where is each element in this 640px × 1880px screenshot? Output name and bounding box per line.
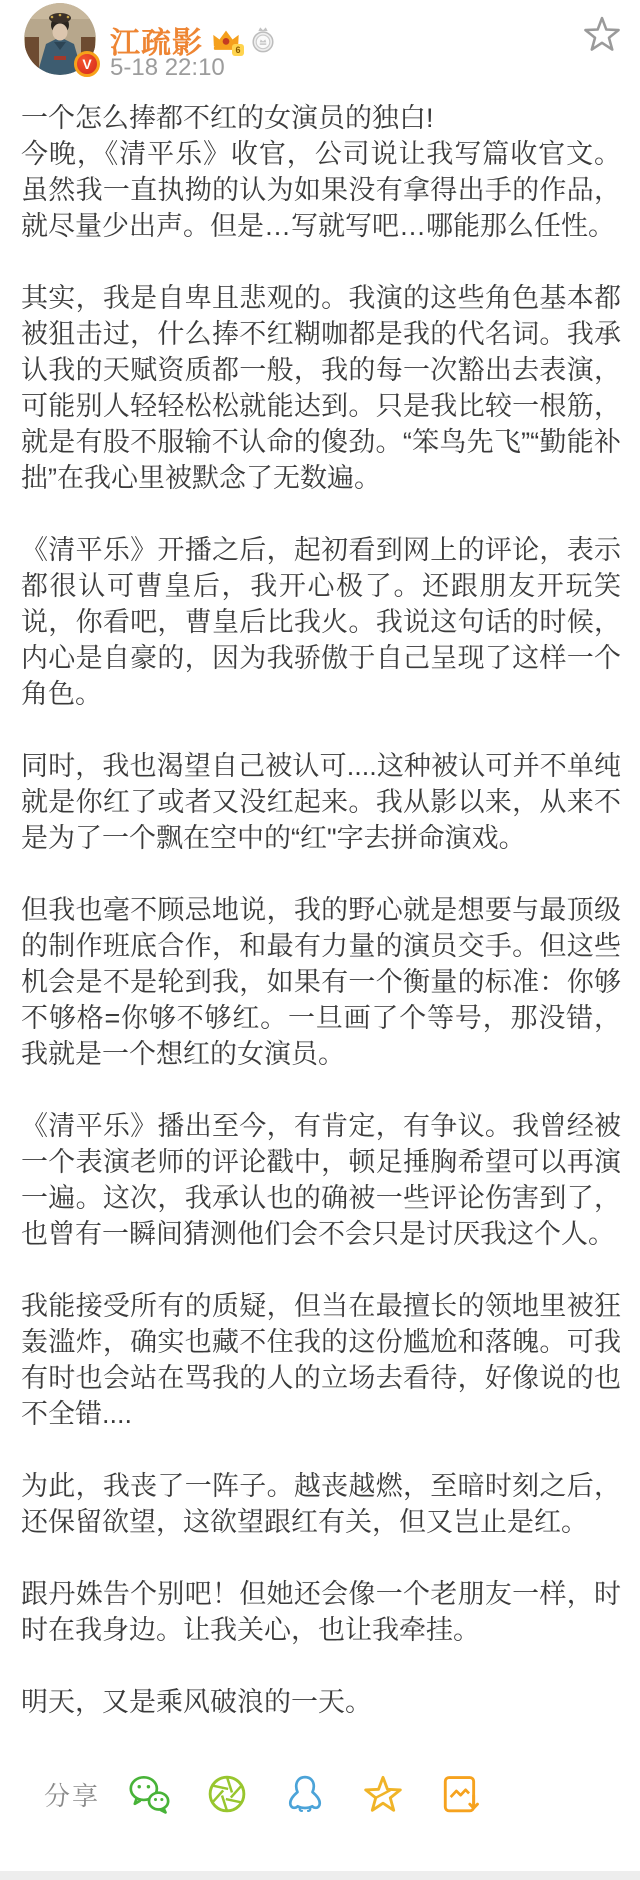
timestamp: 5-18 22:10 [110,54,225,82]
post-paragraph: 为此，我丧了一阵子。越丧越燃，至暗时刻之后，还保留欲望，这欲望跟红有关，但又岂止… [21,1468,621,1540]
share-label: 分享 [44,1776,100,1813]
post-paragraph: 其实，我是自卑且悲观的。我演的这些角色基本都被狙击过，什么捧不红糊咖都是我的代名… [21,280,621,496]
medal-icon [249,25,277,55]
post-paragraph: 一个怎么捧都不红的女演员的独白! 今晚，《清平乐》收官，公司说让我写篇收官文。虽… [21,100,621,244]
verified-v-badge: V [74,51,100,77]
wechat-icon[interactable] [126,1771,172,1817]
post-body: 一个怎么捧都不红的女演员的独白! 今晚，《清平乐》收官，公司说让我写篇收官文。虽… [21,88,621,1756]
vip-crown-icon: 6 [210,26,242,54]
post-paragraph: 跟丹姝告个别吧！但她还会像一个老朋友一样，时时在我身边。让我关心，也让我牵挂。 [21,1576,621,1648]
post-paragraph: 《清平乐》开播之后，起初看到网上的评论，表示都很认可曹皇后，我开心极了。还跟朋友… [21,532,621,712]
vip-level-number: 6 [232,44,244,56]
post-paragraph: 我能接受所有的质疑，但当在最擅长的领地里被狂轰滥炸，确实也藏不住我的这份尴尬和落… [21,1288,621,1432]
bottom-divider [0,1871,640,1880]
post-paragraph: 同时，我也渴望自己被认可....这种被认可并不单纯就是你红了或者又没红起来。我从… [21,748,621,856]
qzone-icon[interactable] [360,1771,406,1817]
qq-icon[interactable] [282,1771,328,1817]
share-bar: 分享 [0,1768,640,1820]
post-header: V 江疏影 6 5-18 [0,0,640,88]
avatar[interactable]: V [24,3,96,75]
post-paragraph: 但我也毫不顾忌地说，我的野心就是想要与最顶级的制作班底合作，和最有力量的演员交手… [21,892,621,1072]
post-paragraph: 《清平乐》播出至今，有肯定，有争议。我曾经被一个表演老师的评论戳中，顿足捶胸希望… [21,1108,621,1252]
post-paragraph: 明天，又是乘风破浪的一天。 [21,1684,621,1720]
weibo-post-page: V 江疏影 6 5-18 [0,0,640,1880]
save-image-icon[interactable] [438,1771,484,1817]
wechat-moments-icon[interactable] [204,1771,250,1817]
favorite-star-icon[interactable] [580,12,624,56]
